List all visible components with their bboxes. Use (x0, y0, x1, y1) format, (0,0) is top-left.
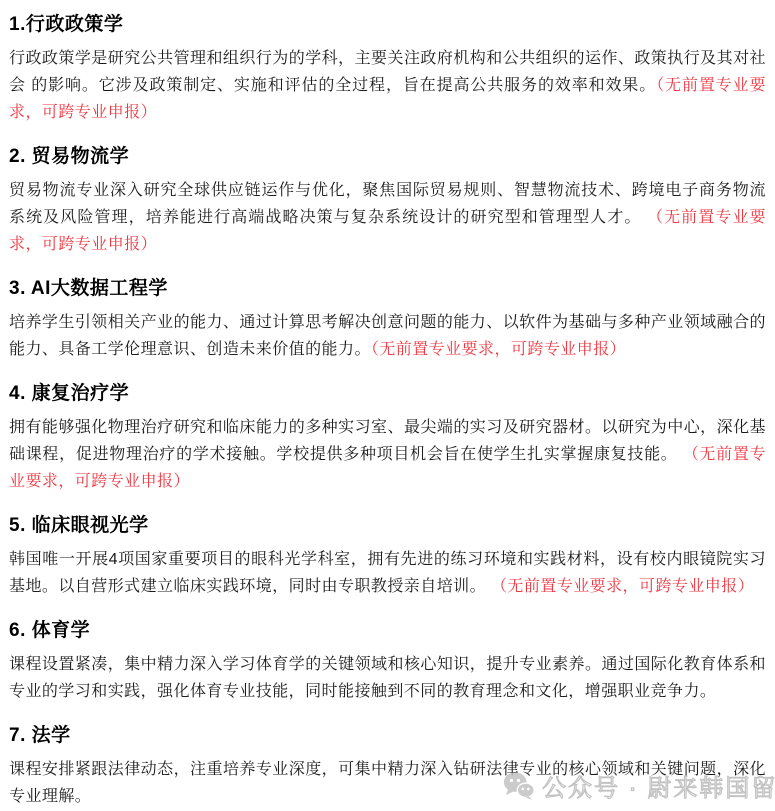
section-description: 培养学生引领相关产业的能力、通过计算思考解决创意问题的能力、以软件为基础与多种产… (9, 309, 766, 363)
major-section-6: 6. 体育学 课程设置紧凑，集中精力深入学习体育学的关键领域和核心知识，提升专业… (9, 618, 766, 705)
major-section-5: 5. 临床眼视光学 韩国唯一开展4项国家重要项目的眼科光学科室，拥有先进的练习环… (9, 513, 766, 600)
major-section-1: 1.行政政策学 行政政策学是研究公共管理和组织行为的学科，主要关注政府机构和公共… (9, 12, 766, 126)
section-description: 行政政策学是研究公共管理和组织行为的学科，主要关注政府机构和公共组织的运作、政策… (9, 45, 766, 126)
section-title: 6. 体育学 (9, 618, 766, 643)
section-description: 课程安排紧跟法律动态，注重培养专业深度，可集中精力深入钻研法律专业的核心领域和关… (9, 756, 766, 810)
section-title: 7. 法学 (9, 723, 766, 748)
section-text: 课程设置紧凑，集中精力深入学习体育学的关键领域和核心知识，提升专业素养。通过国际… (9, 656, 766, 700)
document-page: 1.行政政策学 行政政策学是研究公共管理和组织行为的学科，主要关注政府机构和公共… (0, 0, 775, 810)
section-title: 4. 康复治疗学 (9, 381, 766, 406)
major-section-4: 4. 康复治疗学 拥有能够强化物理治疗研究和临床能力的多种实习室、最尖端的实习及… (9, 381, 766, 495)
section-description: 拥有能够强化物理治疗研究和临床能力的多种实习室、最尖端的实习及研究器材。以研究为… (9, 414, 766, 495)
no-prerequisite-note: （无前置专业要求，可跨专业申报） (491, 578, 754, 595)
section-title: 5. 临床眼视光学 (9, 513, 766, 538)
major-section-2: 2. 贸易物流学 贸易物流专业深入研究全球供应链运作与优化，聚焦国际贸易规则、智… (9, 144, 766, 258)
section-text: 行政政策学是研究公共管理和组织行为的学科，主要关注政府机构和公共组织的运作、政策… (9, 50, 766, 94)
section-text: 拥有能够强化物理治疗研究和临床能力的多种实习室、最尖端的实习及研究器材。以研究为… (9, 419, 766, 463)
section-description: 韩国唯一开展4项国家重要项目的眼科光学科室，拥有先进的练习环境和实践材料，设有校… (9, 546, 766, 600)
section-description: 贸易物流专业深入研究全球供应链运作与优化，聚焦国际贸易规则、智慧物流技术、跨境电… (9, 177, 766, 258)
major-section-3: 3. AI大数据工程学 培养学生引领相关产业的能力、通过计算思考解决创意问题的能… (9, 276, 766, 363)
major-section-7: 7. 法学 课程安排紧跟法律动态，注重培养专业深度，可集中精力深入钻研法律专业的… (9, 723, 766, 810)
section-title: 2. 贸易物流学 (9, 144, 766, 169)
section-title: 1.行政政策学 (9, 12, 766, 37)
section-description: 课程设置紧凑，集中精力深入学习体育学的关键领域和核心知识，提升专业素养。通过国际… (9, 651, 766, 705)
section-title: 3. AI大数据工程学 (9, 276, 766, 301)
section-text: 课程安排紧跟法律动态，注重培养专业深度，可集中精力深入钻研法律专业的核心领域和关… (9, 761, 766, 805)
no-prerequisite-note: （无前置专业要求，可跨专业申报） (371, 341, 626, 358)
